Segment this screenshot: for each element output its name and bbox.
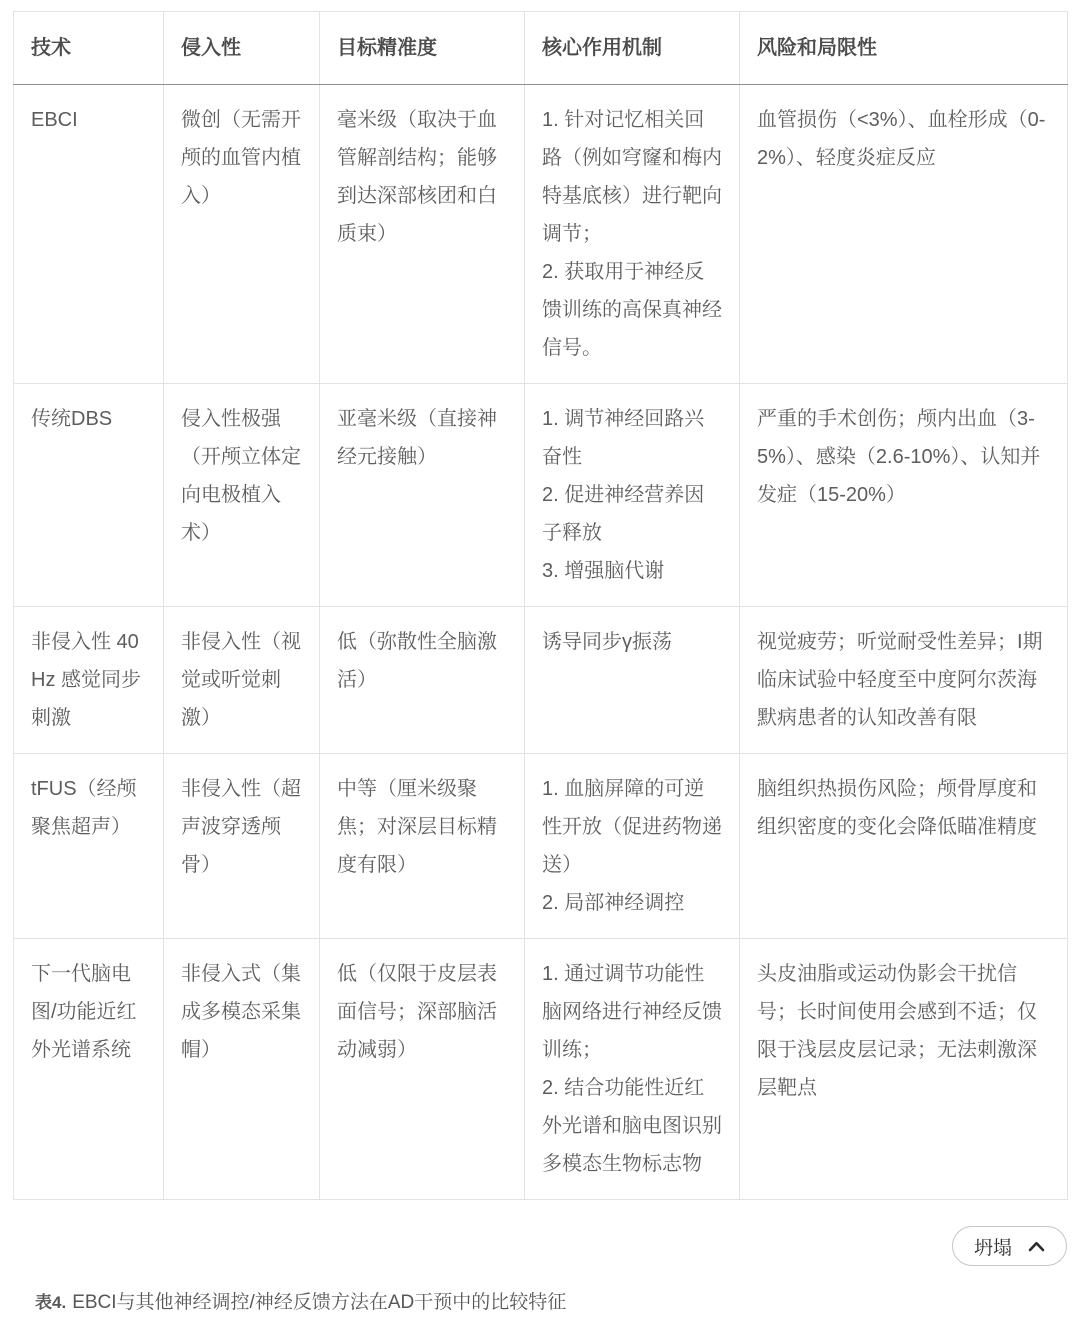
- column-header-mechanism: 核心作用机制: [525, 12, 740, 85]
- cell-invasiveness: 侵入性极强（开颅立体定向电极植入术）: [164, 384, 320, 607]
- mechanism-item: 2. 结合功能性近红外光谱和脑电图识别多模态生物标志物: [542, 1069, 722, 1183]
- table-row-tfus: tFUS（经颅聚焦超声） 非侵入性（超声波穿透颅骨） 中等（厘米级聚焦；对深层目…: [14, 754, 1068, 939]
- cell-risks: 头皮油脂或运动伪影会干扰信号；长时间使用会感到不适；仅限于浅层皮层记录；无法刺激…: [740, 939, 1068, 1200]
- table-caption: 表4.EBCI与其他神经调控/神经反馈方法在AD干预中的比较特征: [35, 1290, 1080, 1316]
- table-row-ebci: EBCI 微创（无需开颅的血管内植入） 毫米级（取决于血管解剖结构；能够到达深部…: [14, 85, 1068, 384]
- cell-precision: 亚毫米级（直接神经元接触）: [320, 384, 525, 607]
- table-footer-actions: 坍塌: [0, 1226, 1067, 1266]
- table-row-dbs: 传统DBS 侵入性极强（开颅立体定向电极植入术） 亚毫米级（直接神经元接触） 1…: [14, 384, 1068, 607]
- mechanism-item: 2. 促进神经营养因子释放: [542, 476, 722, 552]
- mechanism-item: 2. 获取用于神经反馈训练的高保真神经信号。: [542, 253, 722, 367]
- cell-risks: 视觉疲劳；听觉耐受性差异；I期临床试验中轻度至中度阿尔茨海默病患者的认知改善有限: [740, 607, 1068, 754]
- column-header-precision: 目标精准度: [320, 12, 525, 85]
- column-header-tech: 技术: [14, 12, 164, 85]
- mechanism-item: 1. 通过调节功能性脑网络进行神经反馈训练；: [542, 955, 722, 1069]
- page: 技术 侵入性 目标精准度 核心作用机制 风险和局限性 EBCI 微创（无需开颅的…: [0, 0, 1080, 1343]
- mechanism-item: 1. 针对记忆相关回路（例如穹窿和梅内特基底核）进行靶向调节；: [542, 101, 722, 253]
- collapse-button[interactable]: 坍塌: [952, 1226, 1067, 1266]
- cell-invasiveness: 非侵入式（集成多模态采集帽）: [164, 939, 320, 1200]
- mechanism-item: 1. 血脑屏障的可逆性开放（促进药物递送）: [542, 770, 722, 884]
- mechanism-item: 1. 调节神经回路兴奋性: [542, 400, 722, 476]
- mechanism-item: 3. 增强脑代谢: [542, 552, 722, 590]
- table-caption-label: 表4.: [35, 1293, 66, 1312]
- cell-precision: 中等（厘米级聚焦；对深层目标精度有限）: [320, 754, 525, 939]
- cell-tech: 下一代脑电图/功能近红外光谱系统: [14, 939, 164, 1200]
- cell-invasiveness: 非侵入性（视觉或听觉刺激）: [164, 607, 320, 754]
- column-header-invasiveness: 侵入性: [164, 12, 320, 85]
- cell-tech: 非侵入性 40 Hz 感觉同步刺激: [14, 607, 164, 754]
- table-caption-text: EBCI与其他神经调控/神经反馈方法在AD干预中的比较特征: [72, 1292, 566, 1313]
- table-row-40hz: 非侵入性 40 Hz 感觉同步刺激 非侵入性（视觉或听觉刺激） 低（弥散性全脑激…: [14, 607, 1068, 754]
- cell-mechanism: 1. 调节神经回路兴奋性 2. 促进神经营养因子释放 3. 增强脑代谢: [525, 384, 740, 607]
- cell-tech: EBCI: [14, 85, 164, 384]
- table-row-eeg-fnirs: 下一代脑电图/功能近红外光谱系统 非侵入式（集成多模态采集帽） 低（仅限于皮层表…: [14, 939, 1068, 1200]
- comparison-table: 技术 侵入性 目标精准度 核心作用机制 风险和局限性 EBCI 微创（无需开颅的…: [13, 11, 1068, 1200]
- mechanism-item: 诱导同步γ振荡: [542, 623, 722, 661]
- cell-mechanism: 1. 通过调节功能性脑网络进行神经反馈训练； 2. 结合功能性近红外光谱和脑电图…: [525, 939, 740, 1200]
- cell-risks: 脑组织热损伤风险；颅骨厚度和组织密度的变化会降低瞄准精度: [740, 754, 1068, 939]
- cell-invasiveness: 非侵入性（超声波穿透颅骨）: [164, 754, 320, 939]
- header-row: 技术 侵入性 目标精准度 核心作用机制 风险和局限性: [14, 12, 1068, 85]
- cell-mechanism: 1. 血脑屏障的可逆性开放（促进药物递送） 2. 局部神经调控: [525, 754, 740, 939]
- comparison-table-container: 技术 侵入性 目标精准度 核心作用机制 风险和局限性 EBCI 微创（无需开颅的…: [13, 11, 1067, 1200]
- cell-precision: 低（弥散性全脑激活）: [320, 607, 525, 754]
- cell-precision: 低（仅限于皮层表面信号；深部脑活动减弱）: [320, 939, 525, 1200]
- cell-risks: 严重的手术创伤；颅内出血（3-5%）、感染（2.6-10%）、认知并发症（15-…: [740, 384, 1068, 607]
- cell-risks: 血管损伤（<3%）、血栓形成（0-2%）、轻度炎症反应: [740, 85, 1068, 384]
- cell-mechanism: 诱导同步γ振荡: [525, 607, 740, 754]
- cell-invasiveness: 微创（无需开颅的血管内植入）: [164, 85, 320, 384]
- cell-mechanism: 1. 针对记忆相关回路（例如穹窿和梅内特基底核）进行靶向调节； 2. 获取用于神…: [525, 85, 740, 384]
- collapse-button-label: 坍塌: [974, 1233, 1012, 1260]
- cell-tech: tFUS（经颅聚焦超声）: [14, 754, 164, 939]
- cell-tech: 传统DBS: [14, 384, 164, 607]
- column-header-risks: 风险和局限性: [740, 12, 1068, 85]
- mechanism-item: 2. 局部神经调控: [542, 884, 722, 922]
- chevron-up-icon: [1028, 1241, 1045, 1252]
- cell-precision: 毫米级（取决于血管解剖结构；能够到达深部核团和白质束）: [320, 85, 525, 384]
